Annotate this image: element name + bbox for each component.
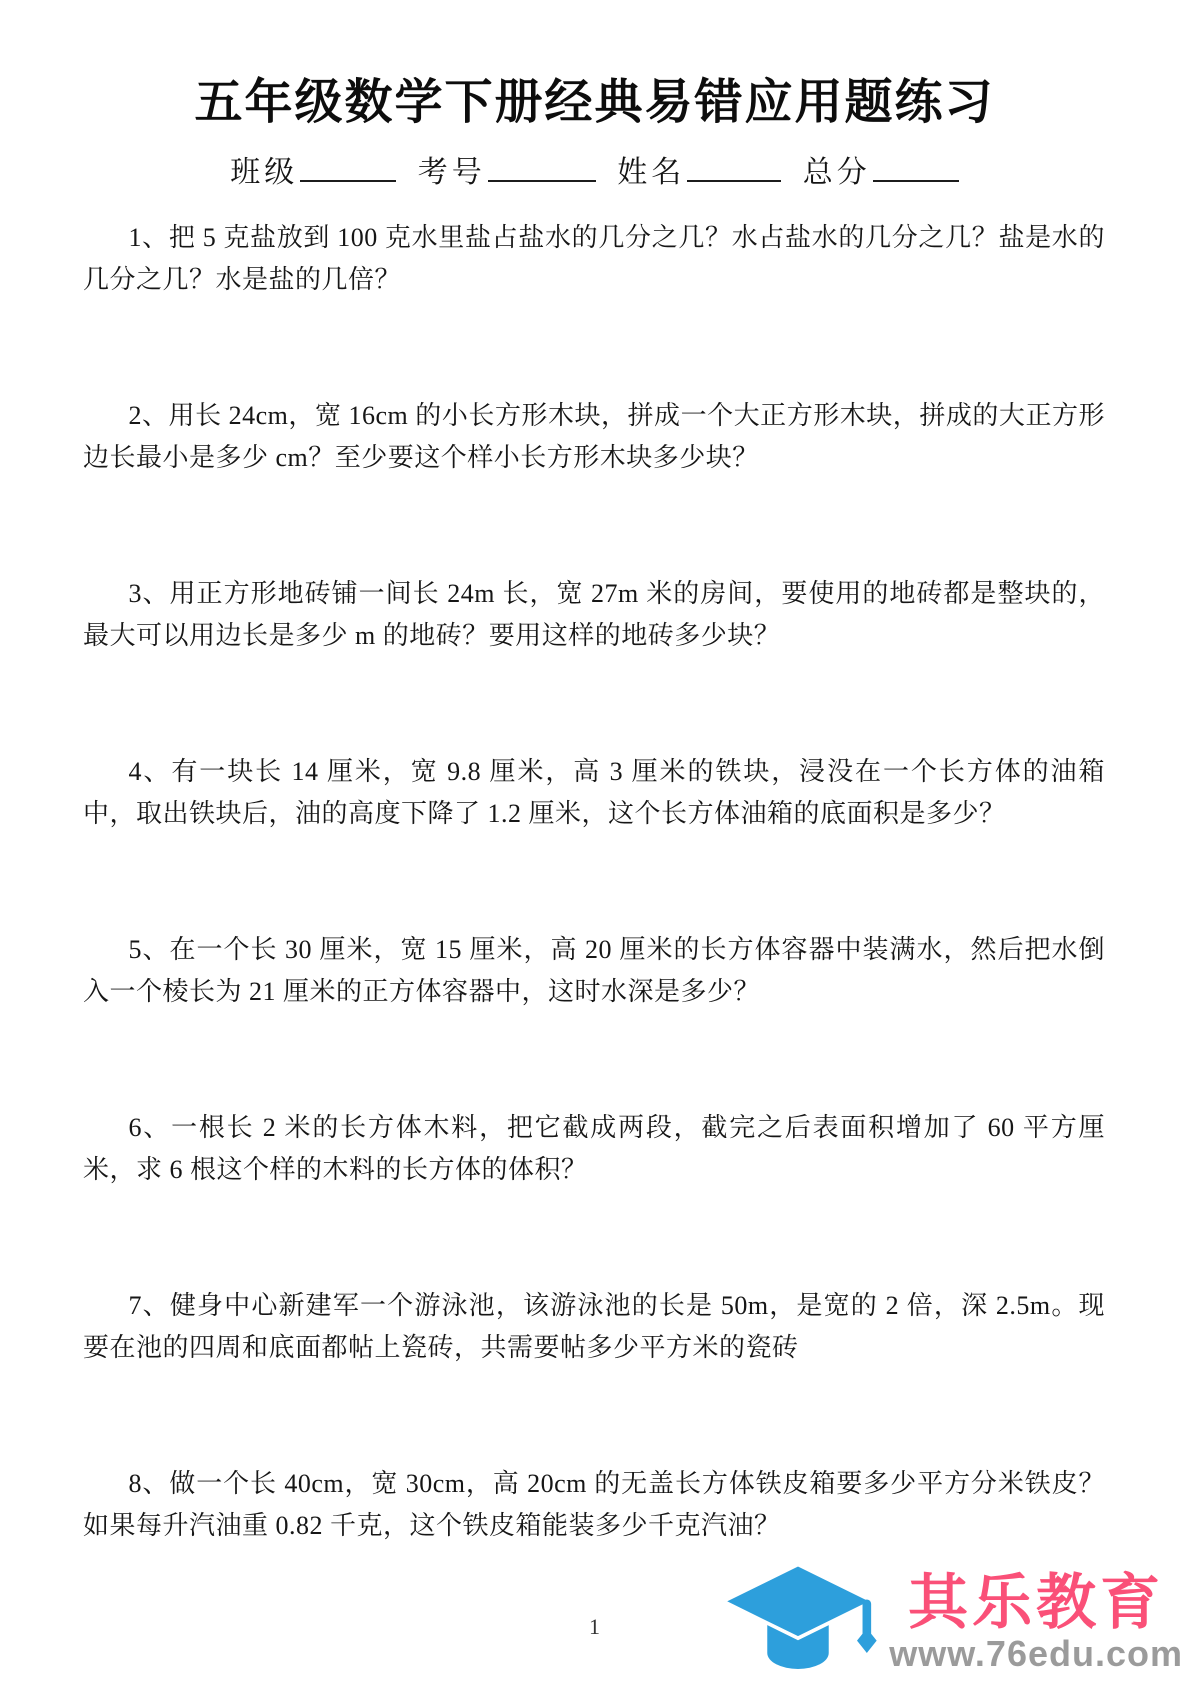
worksheet-page: 五年级数学下册经典易错应用题练习 班级 考号 姓名 总分 1、把 5 克盐放到 …	[0, 0, 1189, 1682]
problem-2: 2、用长 24cm，宽 16cm 的小长方形木块，拼成一个大正方形木块，拼成的大…	[83, 395, 1105, 573]
field-label-exam-number: 考号	[418, 147, 486, 191]
problem-3: 3、用正方形地砖铺一间长 24m 长，宽 27m 米的房间，要使用的地砖都是整块…	[83, 573, 1105, 751]
brand-text-block: 其乐教育 www.76edu.com	[889, 1571, 1183, 1672]
class-blank-line	[300, 150, 396, 182]
field-total-score: 总分	[803, 147, 959, 191]
field-label-name: 姓名	[617, 147, 685, 191]
brand-name: 其乐教育	[908, 1571, 1164, 1634]
brand-watermark: 其乐教育 www.76edu.com	[717, 1562, 1183, 1680]
name-blank-line	[687, 150, 781, 182]
problem-list: 1、把 5 克盐放到 100 克水里盐占盐水的几分之几？水占盐水的几分之几？盐是…	[0, 217, 1189, 1641]
field-label-class: 班级	[230, 147, 298, 191]
graduation-cap-icon	[717, 1562, 879, 1680]
student-info-row: 班级 考号 姓名 总分	[0, 147, 1189, 191]
field-exam-number: 考号	[418, 147, 596, 191]
problem-6: 6、一根长 2 米的长方体木料，把它截成两段，截完之后表面积增加了 60 平方厘…	[83, 1107, 1105, 1285]
field-name: 姓名	[617, 147, 781, 191]
brand-url: www.76edu.com	[889, 1636, 1183, 1672]
problem-5: 5、在一个长 30 厘米，宽 15 厘米，高 20 厘米的长方体容器中装满水，然…	[83, 929, 1105, 1107]
page-title: 五年级数学下册经典易错应用题练习	[0, 0, 1189, 133]
problem-7: 7、健身中心新建军一个游泳池，该游泳池的长是 50m，是宽的 2 倍，深 2.5…	[83, 1285, 1105, 1463]
problem-1: 1、把 5 克盐放到 100 克水里盐占盐水的几分之几？水占盐水的几分之几？盐是…	[83, 217, 1105, 395]
exam-number-blank-line	[488, 150, 596, 182]
field-label-total-score: 总分	[803, 147, 871, 191]
total-score-blank-line	[873, 150, 959, 182]
field-class: 班级	[230, 147, 396, 191]
problem-4: 4、有一块长 14 厘米，宽 9.8 厘米，高 3 厘米的铁块，浸没在一个长方体…	[83, 751, 1105, 929]
